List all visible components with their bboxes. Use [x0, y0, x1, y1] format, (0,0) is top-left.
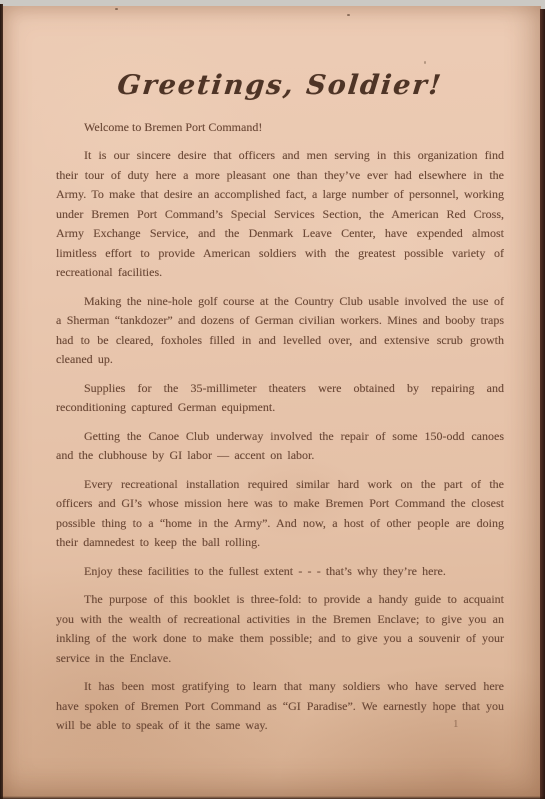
scanned-document-page: Greetings, Soldier! Welcome to Bremen Po…	[0, 0, 545, 799]
paragraph-1: It is our sincere desire that officers a…	[56, 146, 504, 283]
salutation-line: Welcome to Bremen Port Command!	[56, 118, 504, 137]
paragraph-4: Getting the Canoe Club underway involved…	[56, 427, 504, 466]
page-title: Greetings, Soldier!	[54, 70, 505, 101]
paragraph-3: Supplies for the 35-millimeter theaters …	[56, 379, 504, 418]
paper-speck	[347, 14, 350, 16]
page-right-edge	[540, 9, 545, 799]
page-left-edge	[0, 4, 3, 799]
paragraph-6: Enjoy these facilities to the fullest ex…	[56, 562, 504, 582]
paper-speck	[115, 8, 118, 10]
paper-speck	[424, 61, 426, 64]
paragraph-8: It has been most gratifying to learn tha…	[56, 677, 504, 736]
paper-page: Greetings, Soldier! Welcome to Bremen Po…	[2, 6, 541, 799]
page-content: Greetings, Soldier! Welcome to Bremen Po…	[56, 6, 504, 745]
paragraph-2: Making the nine-hole golf course at the …	[56, 292, 504, 370]
page-number: 1	[453, 718, 459, 730]
paragraph-5: Every recreational installation required…	[56, 475, 504, 553]
paragraph-7: The purpose of this booklet is three-fol…	[56, 590, 504, 668]
